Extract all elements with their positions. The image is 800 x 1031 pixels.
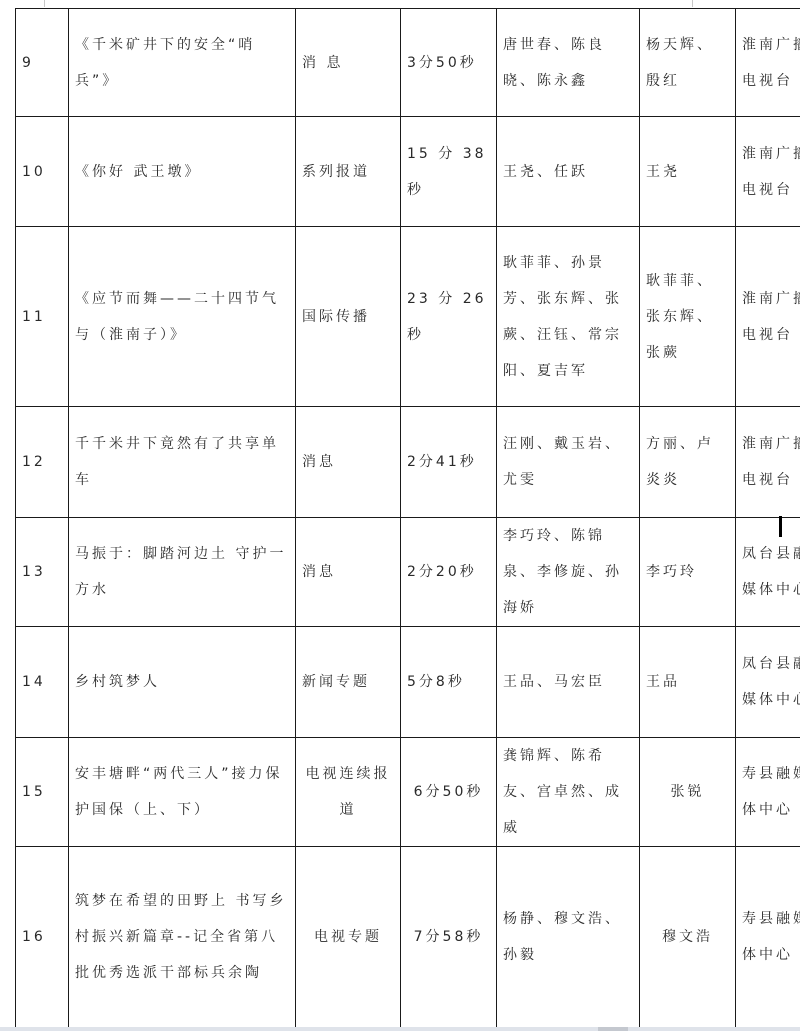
cell-no: 10	[16, 117, 69, 227]
cell-authors: 杨静、穆文浩、孙毅	[497, 847, 640, 1028]
page-margin-mark	[44, 0, 45, 7]
table-row: 16 筑梦在希望的田野上 书写乡村振兴新篇章--记全省第八批优秀选派干部标兵余陶…	[16, 847, 800, 1028]
cell-editors: 李巧玲	[640, 518, 736, 627]
cell-unit: 淮南广播电视台	[736, 9, 800, 117]
cell-authors: 王尧、任跃	[497, 117, 640, 227]
cell-editors: 王品	[640, 627, 736, 738]
table-row: 11 《应节而舞——二十四节气与（淮南子）》 国际传播 23 分 26 秒 耿菲…	[16, 227, 800, 407]
cell-unit: 淮南广播电视台	[736, 227, 800, 407]
cell-editors: 王尧	[640, 117, 736, 227]
cell-type: 新闻专题	[296, 627, 401, 738]
table-row: 14 乡村筑梦人 新闻专题 5分8秒 王品、马宏臣 王品 凤台县融媒体中心	[16, 627, 800, 738]
scrollbar-thumb[interactable]	[598, 1027, 628, 1031]
cell-title: 马振于：脚踏河边土 守护一方水	[69, 518, 296, 627]
cell-type: 消息	[296, 518, 401, 627]
cell-title: 安丰塘畔“两代三人”接力保护国保（上、下）	[69, 738, 296, 847]
cell-no: 9	[16, 9, 69, 117]
cell-no: 16	[16, 847, 69, 1028]
page-margin-mark	[692, 0, 693, 7]
cell-editors: 耿菲菲、张东辉、张蕨	[640, 227, 736, 407]
awards-table: 9 《千米矿井下的安全“哨兵”》 消 息 3分50秒 唐世春、陈良晓、陈永鑫 杨…	[15, 8, 800, 1028]
text-cursor	[779, 516, 782, 537]
cell-editors: 杨天辉、殷红	[640, 9, 736, 117]
cell-authors: 唐世春、陈良晓、陈永鑫	[497, 9, 640, 117]
cell-unit: 凤台县融媒体中心	[736, 518, 800, 627]
cell-no: 11	[16, 227, 69, 407]
cell-no: 14	[16, 627, 69, 738]
cell-duration: 23 分 26 秒	[401, 227, 497, 407]
table-row: 10 《你好 武王墩》 系列报道 15 分 38 秒 王尧、任跃 王尧 淮南广播…	[16, 117, 800, 227]
cell-editors: 穆文浩	[640, 847, 736, 1028]
cell-type: 电视专题	[296, 847, 401, 1028]
cell-unit: 寿县融媒体中心	[736, 847, 800, 1028]
cell-no: 13	[16, 518, 69, 627]
cell-duration: 5分8秒	[401, 627, 497, 738]
table-row: 9 《千米矿井下的安全“哨兵”》 消 息 3分50秒 唐世春、陈良晓、陈永鑫 杨…	[16, 9, 800, 117]
cell-type: 电视连续报道	[296, 738, 401, 847]
cell-authors: 汪刚、戴玉岩、尤雯	[497, 407, 640, 518]
cell-type: 国际传播	[296, 227, 401, 407]
cell-unit: 淮南广播电视台	[736, 117, 800, 227]
cell-unit: 凤台县融媒体中心	[736, 627, 800, 738]
cell-type: 系列报道	[296, 117, 401, 227]
cell-title: 乡村筑梦人	[69, 627, 296, 738]
cell-editors: 方丽、卢炎炎	[640, 407, 736, 518]
cell-editors: 张锐	[640, 738, 736, 847]
cell-type: 消息	[296, 407, 401, 518]
cell-duration: 7分58秒	[401, 847, 497, 1028]
cell-duration: 6分50秒	[401, 738, 497, 847]
cell-authors: 李巧玲、陈锦泉、李修旋、孙海娇	[497, 518, 640, 627]
cell-title: 《应节而舞——二十四节气与（淮南子）》	[69, 227, 296, 407]
cell-title: 《你好 武王墩》	[69, 117, 296, 227]
cell-duration: 3分50秒	[401, 9, 497, 117]
horizontal-scrollbar[interactable]	[0, 1027, 800, 1031]
cell-no: 15	[16, 738, 69, 847]
cell-duration: 2分41秒	[401, 407, 497, 518]
document-page: 9 《千米矿井下的安全“哨兵”》 消 息 3分50秒 唐世春、陈良晓、陈永鑫 杨…	[0, 0, 800, 1031]
cell-duration: 2分20秒	[401, 518, 497, 627]
cell-type: 消 息	[296, 9, 401, 117]
cell-authors: 王品、马宏臣	[497, 627, 640, 738]
cell-unit: 淮南广播电视台	[736, 407, 800, 518]
cell-title: 《千米矿井下的安全“哨兵”》	[69, 9, 296, 117]
cell-authors: 耿菲菲、孙景芳、张东辉、张蕨、汪钰、常宗阳、夏吉军	[497, 227, 640, 407]
table-row: 12 千千米井下竟然有了共享单车 消息 2分41秒 汪刚、戴玉岩、尤雯 方丽、卢…	[16, 407, 800, 518]
table-row: 15 安丰塘畔“两代三人”接力保护国保（上、下） 电视连续报道 6分50秒 龚锦…	[16, 738, 800, 847]
table-row: 13 马振于：脚踏河边土 守护一方水 消息 2分20秒 李巧玲、陈锦泉、李修旋、…	[16, 518, 800, 627]
cell-authors: 龚锦辉、陈希友、宫卓然、成威	[497, 738, 640, 847]
cell-title: 筑梦在希望的田野上 书写乡村振兴新篇章--记全省第八批优秀选派干部标兵余陶	[69, 847, 296, 1028]
cell-title: 千千米井下竟然有了共享单车	[69, 407, 296, 518]
cell-duration: 15 分 38 秒	[401, 117, 497, 227]
cell-no: 12	[16, 407, 69, 518]
cell-unit: 寿县融媒体中心	[736, 738, 800, 847]
